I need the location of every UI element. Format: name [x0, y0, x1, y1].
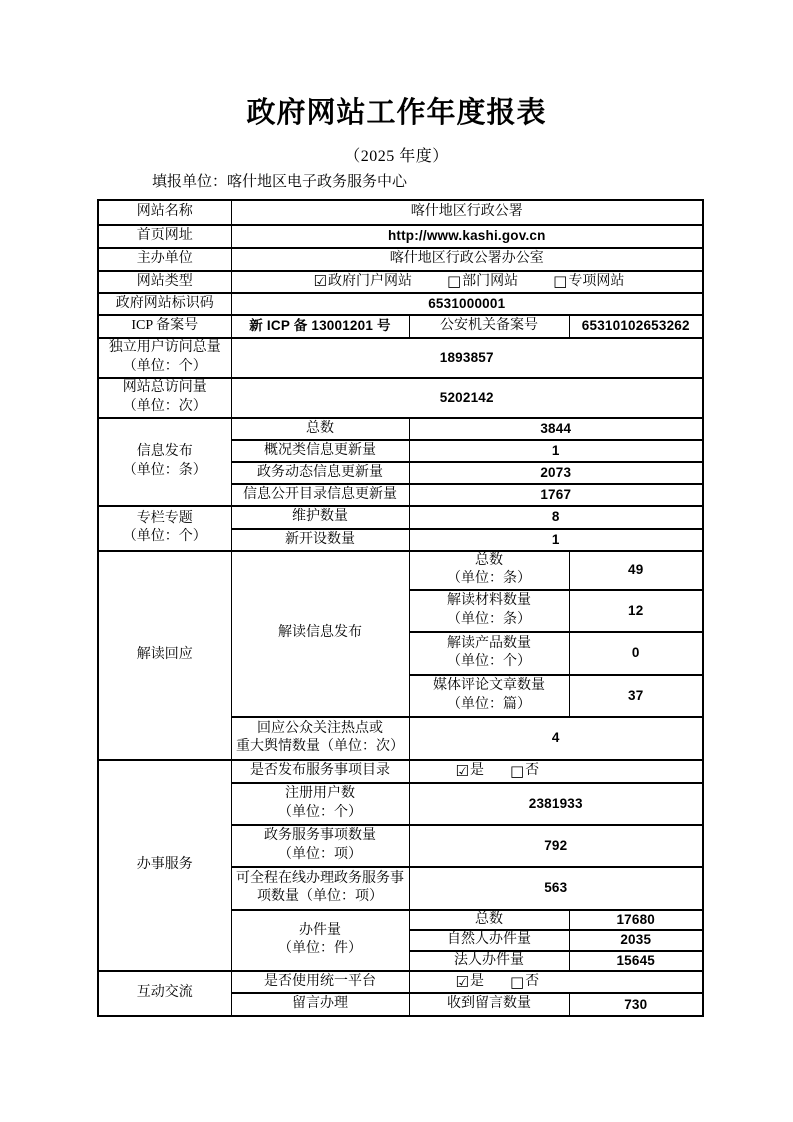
interpretation-row-label: 总数 （单位：条）	[409, 551, 569, 590]
label-line: 信息发布	[103, 443, 227, 461]
special-columns-row-value: 1	[409, 529, 703, 551]
checkbox-checked-icon: ☑	[314, 274, 327, 289]
services-group-label: 办事服务	[98, 760, 231, 971]
volume-row-value: 17680	[569, 910, 703, 930]
unit-line: （单位：项）	[236, 846, 405, 864]
icp-label: ICP 备案号	[98, 315, 231, 338]
page-subtitle: （2025 年度）	[0, 143, 793, 166]
volume-row-label: 自然人办件量	[409, 930, 569, 950]
checkbox-checked-icon: ☑	[456, 975, 469, 990]
site-type-options: ☑政府门户网站 □部门网站 □专项网站	[231, 271, 703, 293]
site-code-value: 6531000001	[231, 293, 703, 315]
special-columns-row-label: 维护数量	[231, 506, 409, 529]
home-url-value: http://www.kashi.gov.cn	[231, 225, 703, 248]
police-filing-value: 65310102653262	[569, 315, 703, 338]
volume-group-label: 办件量 （单位：件）	[231, 910, 409, 971]
message-label: 留言办理	[231, 993, 409, 1016]
checkbox-unchecked-icon: □	[447, 274, 461, 289]
option-label: 部门网站	[462, 273, 518, 291]
info-release-group-label: 信息发布 （单位：条）	[98, 418, 231, 506]
option-label: 专项网站	[568, 273, 624, 291]
services-row-label: 可全程在线办理政务服务事 项数量（单位：项）	[231, 867, 409, 910]
label-line: 重大舆情数量（单位：次）	[236, 738, 405, 756]
label-line: 独立用户访问总量	[103, 339, 227, 357]
row-special-maintain: 专栏专题 （单位：个） 维护数量 8	[98, 506, 703, 529]
label-line: 可全程在线办理政务服务事	[236, 870, 405, 888]
interpretation-row-value: 37	[569, 675, 703, 717]
label-line: 项数量（单位：项）	[236, 888, 405, 906]
site-code-label: 政府网站标识码	[98, 293, 231, 315]
home-url-label: 首页网址	[98, 225, 231, 248]
row-sponsor: 主办单位 喀什地区行政公署办公室	[98, 248, 703, 271]
volume-row-label: 总数	[409, 910, 569, 930]
row-home-url: 首页网址 http://www.kashi.gov.cn	[98, 225, 703, 248]
interpretation-row-value: 49	[569, 551, 703, 590]
site-type-option-special: □专项网站	[553, 273, 624, 291]
site-name-value: 喀什地区行政公署	[231, 200, 703, 225]
special-columns-group-label: 专栏专题 （单位：个）	[98, 506, 231, 551]
unit-line: （单位：条）	[103, 462, 227, 480]
interpretation-row-label: 解读材料数量 （单位：条）	[409, 590, 569, 632]
platform-options: ☑是 □否	[409, 971, 703, 993]
info-release-row-label: 信息公开目录信息更新量	[231, 484, 409, 506]
info-release-row-value: 1767	[409, 484, 703, 506]
row-services-catalog: 办事服务 是否发布服务事项目录 ☑是 □否	[98, 760, 703, 783]
unique-visitors-value: 1893857	[231, 338, 703, 378]
services-row-value: 792	[409, 825, 703, 867]
option-label: 政府门户网站	[328, 273, 412, 291]
checkbox-unchecked-icon: □	[510, 975, 524, 990]
checkbox-unchecked-icon: □	[553, 274, 567, 289]
services-catalog-label: 是否发布服务事项目录	[231, 760, 409, 783]
checkbox-checked-icon: ☑	[456, 764, 469, 779]
interpretation-publish-label: 解读信息发布	[231, 551, 409, 717]
sponsor-label: 主办单位	[98, 248, 231, 271]
unit-line: （单位：次）	[103, 398, 227, 416]
services-row-value: 563	[409, 867, 703, 910]
interpretation-row-label: 解读产品数量 （单位：个）	[409, 632, 569, 675]
label-line: 网站总访问量	[103, 379, 227, 397]
platform-no-option: □否	[510, 973, 539, 991]
row-info-release-total: 信息发布 （单位：条） 总数 3844	[98, 418, 703, 440]
info-release-row-label: 政务动态信息更新量	[231, 462, 409, 484]
services-row-label: 注册用户数 （单位：个）	[231, 783, 409, 825]
interpretation-row-value: 0	[569, 632, 703, 675]
unit-line: （单位：件）	[236, 940, 405, 958]
label-line: 回应公众关注热点或	[236, 720, 405, 738]
services-catalog-options: ☑是 □否	[409, 760, 703, 783]
row-interaction-platform: 互动交流 是否使用统一平台 ☑是 □否	[98, 971, 703, 993]
unit-line: （单位：个）	[103, 358, 227, 376]
interpretation-group-label: 解读回应	[98, 551, 231, 760]
checkbox-unchecked-icon: □	[510, 764, 524, 779]
row-site-code: 政府网站标识码 6531000001	[98, 293, 703, 315]
site-name-label: 网站名称	[98, 200, 231, 225]
unit-line: （单位：篇）	[414, 696, 565, 714]
unit-line: （单位：条）	[414, 611, 565, 629]
police-filing-label: 公安机关备案号	[409, 315, 569, 338]
hotspot-label: 回应公众关注热点或 重大舆情数量（单位：次）	[231, 717, 409, 760]
unit-line: （单位：条）	[414, 570, 565, 588]
row-site-name: 网站名称 喀什地区行政公署	[98, 200, 703, 225]
platform-yes-option: ☑是	[456, 973, 484, 991]
volume-row-label: 法人办件量	[409, 951, 569, 971]
volume-row-value: 2035	[569, 930, 703, 950]
row-interpretation-total: 解读回应 解读信息发布 总数 （单位：条） 49	[98, 551, 703, 590]
info-release-row-value: 1	[409, 440, 703, 462]
unit-line: （单位：个）	[103, 528, 227, 546]
site-type-option-department: □部门网站	[447, 273, 518, 291]
interpretation-row-label: 媒体评论文章数量 （单位：篇）	[409, 675, 569, 717]
unique-visitors-label: 独立用户访问总量 （单位：个）	[98, 338, 231, 378]
row-icp: ICP 备案号 新 ICP 备 13001201 号 公安机关备案号 65310…	[98, 315, 703, 338]
label-line: 注册用户数	[236, 785, 405, 803]
services-row-value: 2381933	[409, 783, 703, 825]
info-release-row-label: 概况类信息更新量	[231, 440, 409, 462]
row-unique-visitors: 独立用户访问总量 （单位：个） 1893857	[98, 338, 703, 378]
option-label: 是	[470, 973, 484, 991]
site-type-option-portal: ☑政府门户网站	[314, 273, 412, 291]
total-visits-value: 5202142	[231, 378, 703, 418]
interaction-group-label: 互动交流	[98, 971, 231, 1016]
icp-value: 新 ICP 备 13001201 号	[231, 315, 409, 338]
report-table: 网站名称 喀什地区行政公署 首页网址 http://www.kashi.gov.…	[97, 199, 704, 1017]
special-columns-row-label: 新开设数量	[231, 529, 409, 551]
label-line: 媒体评论文章数量	[414, 677, 565, 695]
label-line: 总数	[414, 552, 565, 570]
label-line: 办件量	[236, 922, 405, 940]
unit-line: （单位：个）	[236, 804, 405, 822]
option-label: 否	[525, 762, 539, 780]
volume-row-value: 15645	[569, 951, 703, 971]
catalog-yes-option: ☑是	[456, 762, 484, 780]
label-line: 专栏专题	[103, 510, 227, 528]
info-release-row-value: 2073	[409, 462, 703, 484]
option-label: 否	[525, 973, 539, 991]
catalog-no-option: □否	[510, 762, 539, 780]
hotspot-value: 4	[409, 717, 703, 760]
total-visits-label: 网站总访问量 （单位：次）	[98, 378, 231, 418]
special-columns-row-value: 8	[409, 506, 703, 529]
label-line: 解读产品数量	[414, 635, 565, 653]
page-title: 政府网站工作年度报表	[0, 0, 793, 131]
interpretation-row-value: 12	[569, 590, 703, 632]
filer-line: 填报单位：喀什地区电子政务服务中心	[152, 173, 793, 193]
site-type-label: 网站类型	[98, 271, 231, 293]
option-label: 是	[470, 762, 484, 780]
row-site-type: 网站类型 ☑政府门户网站 □部门网站 □专项网站	[98, 271, 703, 293]
message-count-label: 收到留言数量	[409, 993, 569, 1016]
row-total-visits: 网站总访问量 （单位：次） 5202142	[98, 378, 703, 418]
unit-line: （单位：个）	[414, 653, 565, 671]
sponsor-value: 喀什地区行政公署办公室	[231, 248, 703, 271]
info-release-row-label: 总数	[231, 418, 409, 440]
platform-label: 是否使用统一平台	[231, 971, 409, 993]
label-line: 政务服务事项数量	[236, 827, 405, 845]
services-row-label: 政务服务事项数量 （单位：项）	[231, 825, 409, 867]
message-count-value: 730	[569, 993, 703, 1016]
label-line: 解读材料数量	[414, 592, 565, 610]
info-release-row-value: 3844	[409, 418, 703, 440]
